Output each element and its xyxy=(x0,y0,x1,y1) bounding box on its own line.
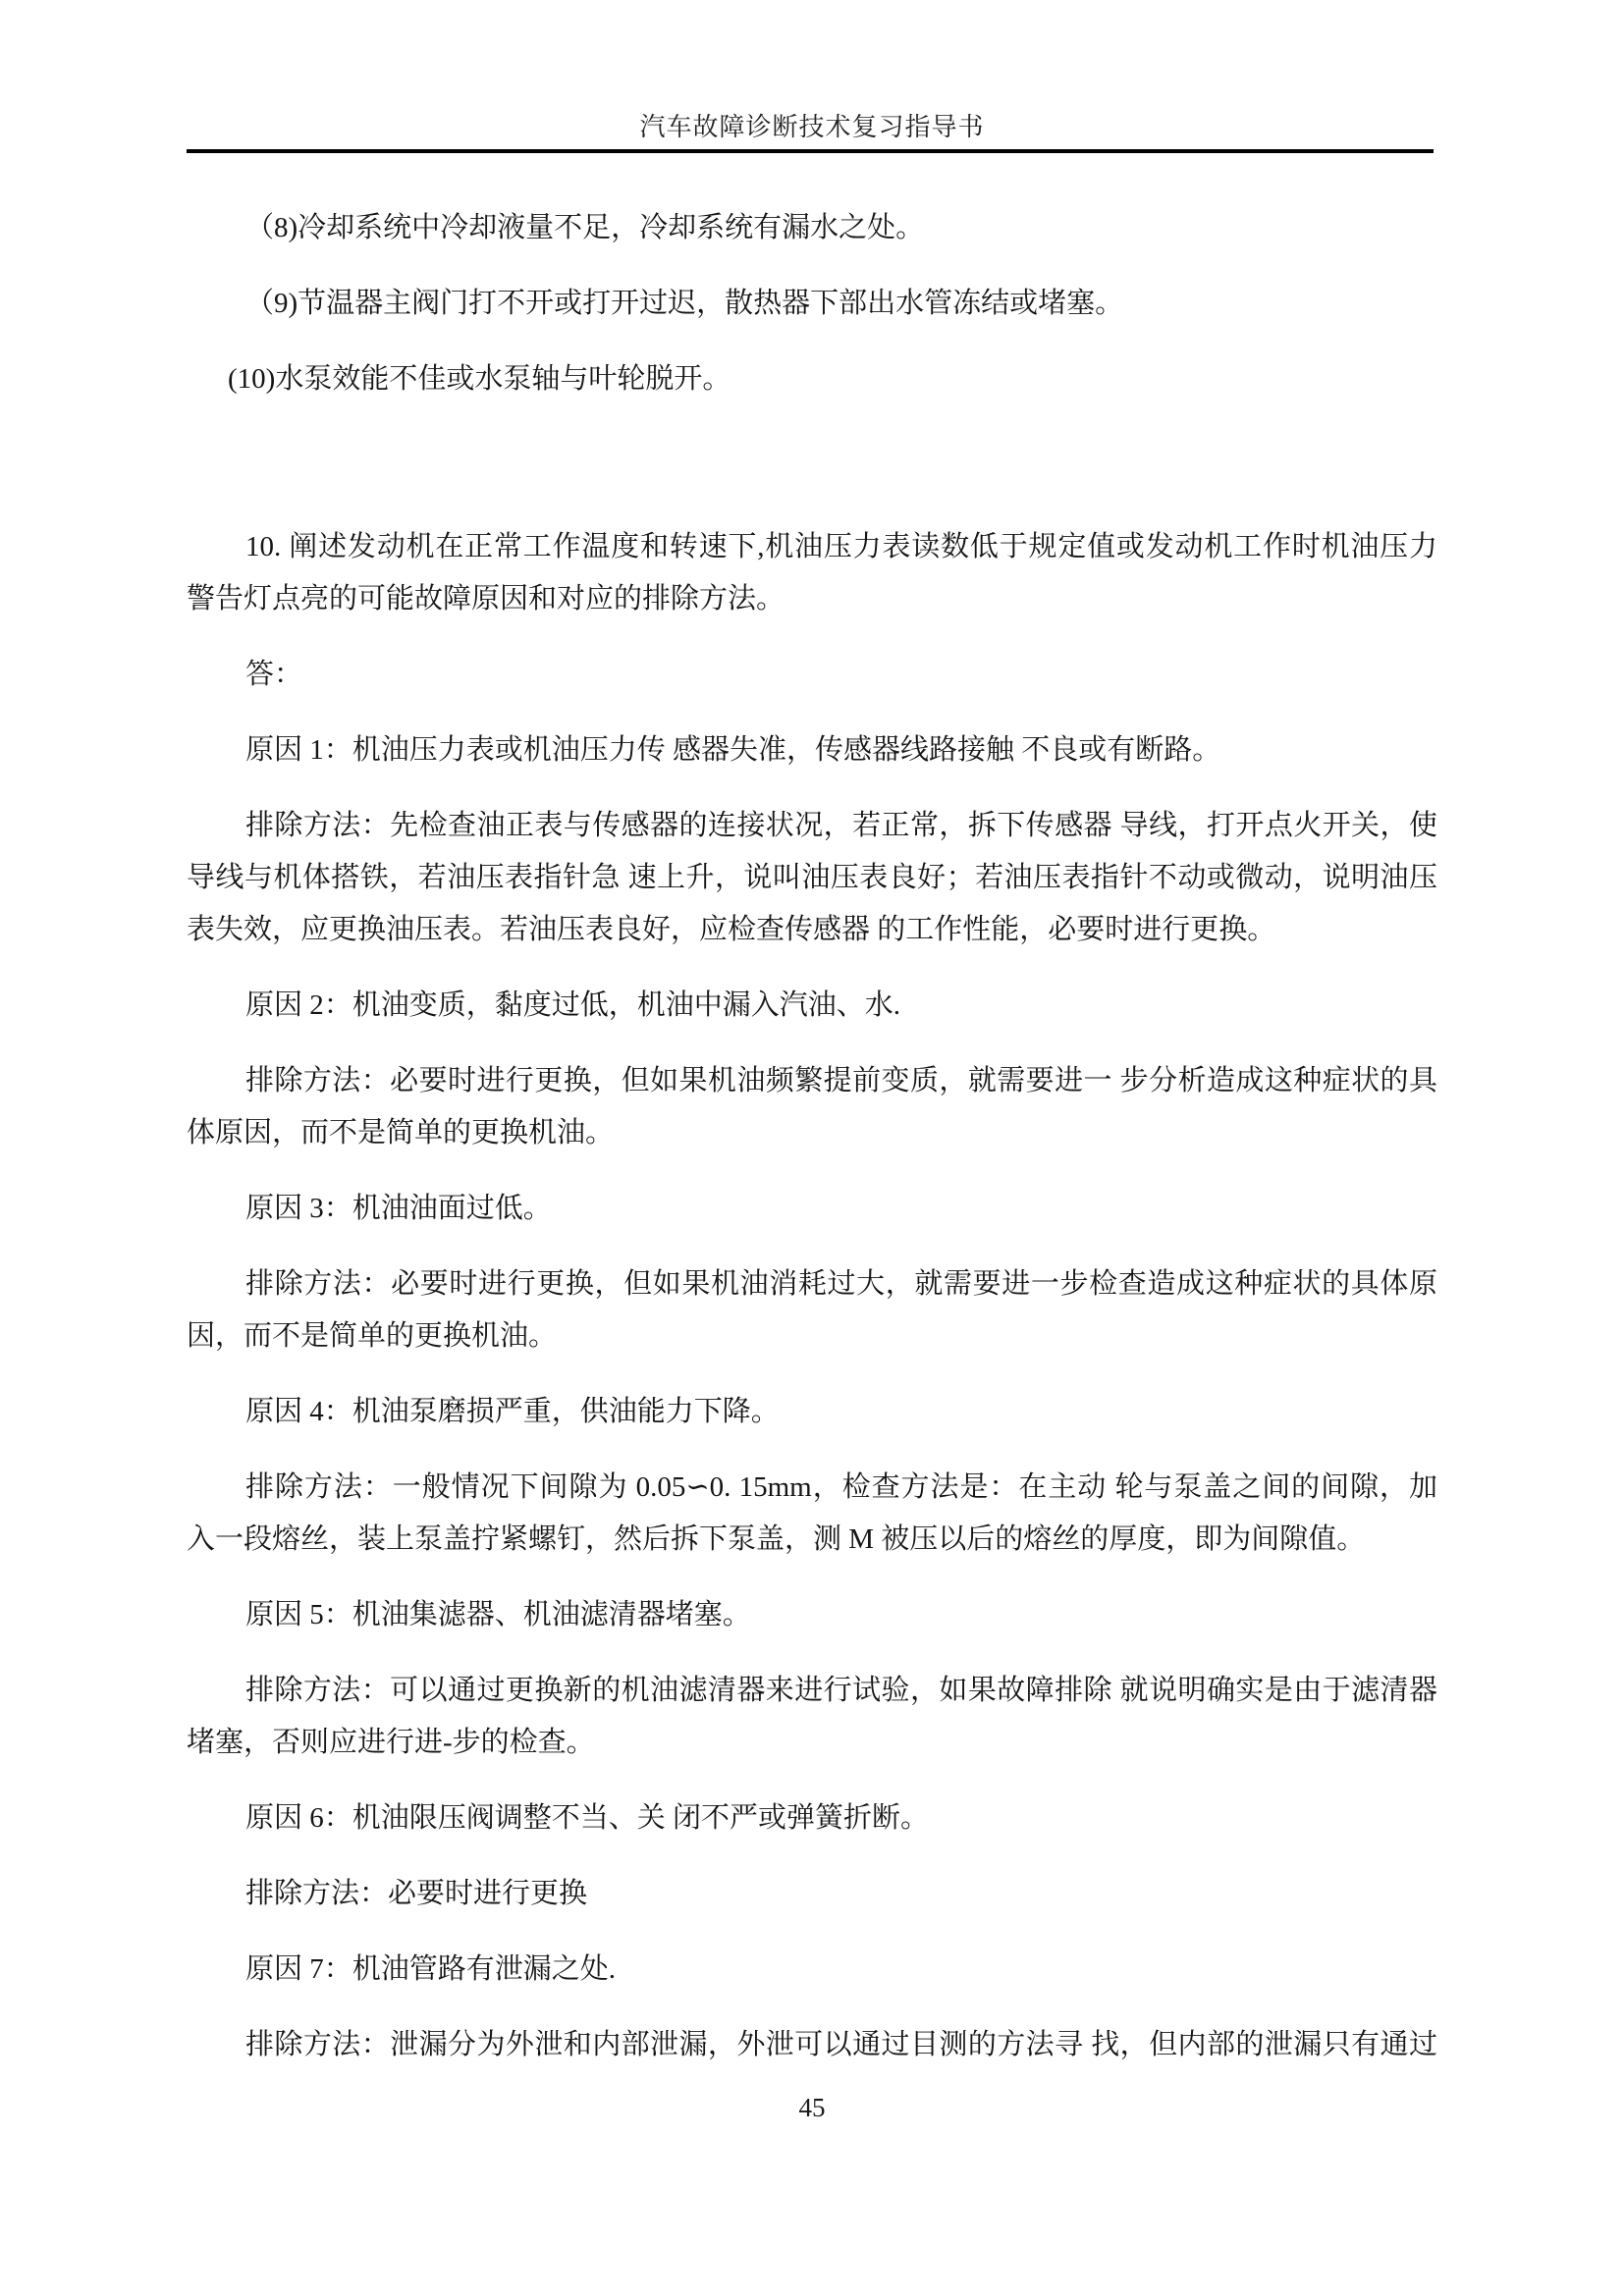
text-line: 原因 7：机油管路有泄漏之处. xyxy=(187,1944,1437,1996)
text-line: 原因 5：机油集滤器、机油滤清器堵塞。 xyxy=(187,1589,1437,1641)
document-page: 汽车故障诊断技术复习指导书 （8)冷却系统中冷却液量不足，冷却系统有漏水之处。 … xyxy=(0,0,1624,2296)
text-line: 入一段熔丝，装上泵盖拧紧螺钉，然后拆下泵盖，测 M 被压以后的熔丝的厚度，即为间… xyxy=(187,1514,1437,1566)
text-line: 排除方法：必要时进行更换，但如果机油消耗过大，就需要进一步检查造成这种症状的具体… xyxy=(187,1258,1437,1310)
text-line: 体原因，而不是简单的更换机油。 xyxy=(187,1107,1437,1159)
text-line: 原因 2：机油变质，黏度过低，机油中漏入汽油、水. xyxy=(187,980,1437,1032)
text-line: 排除方法：必要时进行更换 xyxy=(187,1868,1437,1920)
text-line: 原因 3：机油油面过低。 xyxy=(187,1183,1437,1235)
text-line: 答： xyxy=(187,649,1437,701)
text-line: 排除方法：先检查油正表与传感器的连接状况，若正常，拆下传感器 导线，打开点火开关… xyxy=(187,800,1437,852)
text-line: 排除方法：泄漏分为外泄和内部泄漏，外泄可以通过目测的方法寻 找，但内部的泄漏只有… xyxy=(187,2019,1437,2071)
text-line: 导线与机体搭铁，若油压表指针急 速上升，说叫油压表良好；若油压表指针不动或微动，… xyxy=(187,852,1437,904)
text-line: （9)节温器主阀门打不开或打开过迟，散热器下部出水管冻结或堵塞。 xyxy=(187,278,1437,330)
text-line: （8)冷却系统中冷却液量不足，冷却系统有漏水之处。 xyxy=(187,202,1437,254)
header-divider xyxy=(187,149,1434,153)
text-line: 10. 阐述发动机在正常工作温度和转速下,机油压力表读数低于规定值或发动机工作时… xyxy=(187,521,1437,573)
text-line: 原因 6：机油限压阀调整不当、关 闭不严或弹簧折断。 xyxy=(187,1792,1437,1844)
text-line: (10)水泵效能不佳或水泵轴与叶轮脱开。 xyxy=(187,353,1437,405)
text-line: 原因 4：机油泵磨损严重，供油能力下降。 xyxy=(187,1386,1437,1438)
text-line: 堵塞，否则应进行进-步的检查。 xyxy=(187,1717,1437,1769)
text-line: 原因 1：机油压力表或机油压力传 感器失准，传感器线路接触 不良或有断路。 xyxy=(187,724,1437,776)
text-line: 排除方法：可以通过更换新的机油滤清器来进行试验，如果故障排除 就说明确实是由于滤… xyxy=(187,1665,1437,1717)
text-line: 排除方法：一般情况下间隙为 0.05∽0. 15mm，检查方法是：在主动 轮与泵… xyxy=(187,1462,1437,1514)
page-number: 45 xyxy=(0,2093,1624,2123)
header-title: 汽车故障诊断技术复习指导书 xyxy=(0,112,1624,143)
text-line: 因，而不是简单的更换机油。 xyxy=(187,1310,1437,1362)
text-line: 表失效，应更换油压表。若油压表良好，应检查传感器 的工作性能，必要时进行更换。 xyxy=(187,904,1437,956)
text-line: 排除方法：必要时进行更换，但如果机油频繁提前变质，就需要进一 步分析造成这种症状… xyxy=(187,1055,1437,1107)
document-body: （8)冷却系统中冷却液量不足，冷却系统有漏水之处。 （9)节温器主阀门打不开或打… xyxy=(187,202,1437,2071)
text-line: 警告灯点亮的可能故障原因和对应的排除方法。 xyxy=(187,573,1437,625)
